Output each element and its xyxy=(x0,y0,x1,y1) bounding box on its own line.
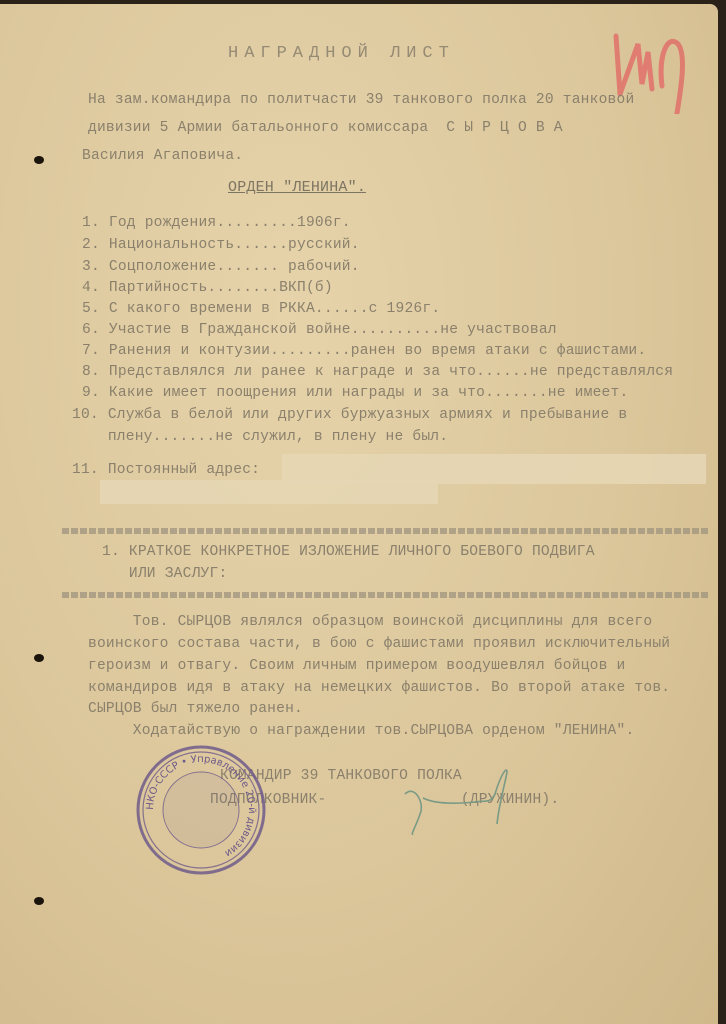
body-line: героизм и отвагу. Своим личным примером … xyxy=(88,658,625,674)
item: 8. Представлялся ли ранее к награде и за… xyxy=(82,364,673,380)
item: 5. С какого времени в РККА......с 1926г. xyxy=(82,301,440,317)
body-line: командиров идя в атаку на немецких фашис… xyxy=(88,680,670,696)
award-sheet: НАГРАДНОЙ ЛИСТ На зам.командира по полит… xyxy=(0,4,718,1024)
item: 3. Соцположение....... рабочий. xyxy=(82,259,360,275)
intro-line: Василия Агаповича. xyxy=(82,148,243,164)
item: 4. Партийность........ВКП(б) xyxy=(82,280,333,296)
punch-hole xyxy=(34,156,44,164)
address-label: 11. Постоянный адрес: xyxy=(72,462,260,478)
divider xyxy=(62,592,710,598)
handwritten-signature xyxy=(395,764,525,844)
body-line: СЫРЦОВ был тяжело ранен. xyxy=(88,701,303,717)
order-name: ОРДЕН "ЛЕНИНА". xyxy=(228,179,366,196)
item: 7. Ранения и контузии.........ранен во в… xyxy=(82,343,646,359)
punch-hole xyxy=(34,654,44,662)
section-heading: ИЛИ ЗАСЛУГ: xyxy=(102,566,227,582)
item: 1. Год рождения.........1906г. xyxy=(82,215,351,231)
item: 10. Служба в белой или других буржуазных… xyxy=(72,407,627,423)
body-line: Ходатайствую о награждении тов.СЫРЦОВА о… xyxy=(88,723,634,739)
item: 2. Национальность......русский. xyxy=(82,237,360,253)
item: плену.......не служил, в плену не был. xyxy=(72,429,448,445)
body-line: воинского состава части, в бою с фашиста… xyxy=(88,636,670,652)
official-stamp: НКО-СССР • Управление 20-й дивизии xyxy=(135,744,267,876)
body-line: Тов. СЫРЦОВ являлся образцом воинской ди… xyxy=(88,614,652,630)
redacted-address xyxy=(100,480,438,504)
item: 9. Какие имеет поощрения или награды и з… xyxy=(82,385,628,401)
document-title: НАГРАДНОЙ ЛИСТ xyxy=(228,44,455,63)
intro-line: дивизии 5 Армии батальонного комиссара С… xyxy=(88,120,563,136)
divider xyxy=(62,528,710,534)
intro-line: На зам.командира по политчасти 39 танков… xyxy=(88,92,634,108)
item: 6. Участие в Гражданской войне..........… xyxy=(82,322,557,338)
punch-hole xyxy=(34,897,44,905)
section-heading: 1. КРАТКОЕ КОНКРЕТНОЕ ИЗЛОЖЕНИЕ ЛИЧНОГО … xyxy=(102,544,595,560)
